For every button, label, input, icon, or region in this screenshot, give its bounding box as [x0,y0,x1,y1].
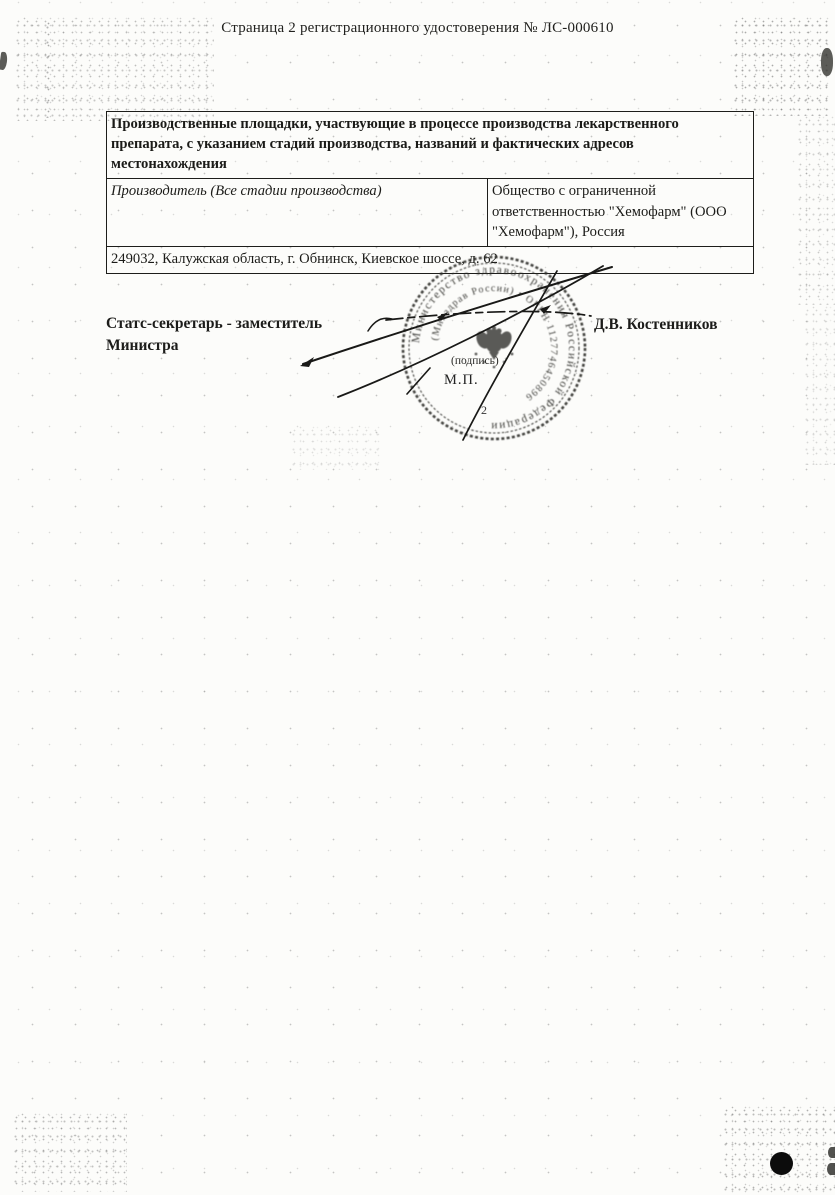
svg-text:Министерство здравоохранения Р: Министерство здравоохранения Российской … [410,264,578,432]
ministry-round-stamp-icon: Министерство здравоохранения Российской … [396,250,592,446]
scan-noise-below-stamp [290,425,380,470]
seal-place-mark: М.П. [444,372,479,389]
page-title: Страница 2 регистрационного удостоверени… [0,20,835,37]
signatory-title-line1: Статс-секретарь - заместитель [106,313,322,335]
signatory-title: Статс-секретарь - заместитель Министра [106,313,322,358]
manufacturing-sites-table: Производственные площадки, участвующие в… [106,111,754,274]
manufacturer-value-cell: Общество с ограниченной ответственностью… [488,179,754,246]
manufacturer-label-cell: Производитель (Все стадии производства) [107,179,488,246]
scan-smudge-bottom-right-1 [828,1147,835,1158]
scan-smudge-left-edge [0,52,8,71]
table-row-address: 249032, Калужская область, г. Обнинск, К… [107,246,754,273]
black-dot-artifact [770,1152,793,1175]
scan-noise-right-band [796,115,835,305]
signature-caption: (подпись) [451,355,499,367]
scan-noise-bottom-left [12,1112,127,1192]
table-header-cell: Производственные площадки, участвующие в… [107,112,754,179]
scanned-certificate-page: Страница 2 регистрационного удостоверени… [0,0,835,1195]
scan-noise-bottom-right [722,1105,835,1195]
stamp-ring-text: Министерство здравоохранения Российской … [410,264,578,432]
table-row-header: Производственные площадки, участвующие в… [107,112,754,179]
address-cell: 249032, Калужская область, г. Обнинск, К… [107,246,754,273]
scan-noise-right-band-2 [803,305,835,465]
table-row-manufacturer: Производитель (Все стадии производства) … [107,179,754,246]
stray-digit: 2 [481,403,487,418]
scan-smudge-bottom-right-2 [827,1163,835,1175]
signatory-title-line2: Министра [106,335,322,357]
stamp-outer-text: Министерство здравоохранения Российской … [410,264,578,432]
scan-smudge-right-edge [821,48,833,76]
signatory-name: Д.В. Костенников [594,316,717,334]
